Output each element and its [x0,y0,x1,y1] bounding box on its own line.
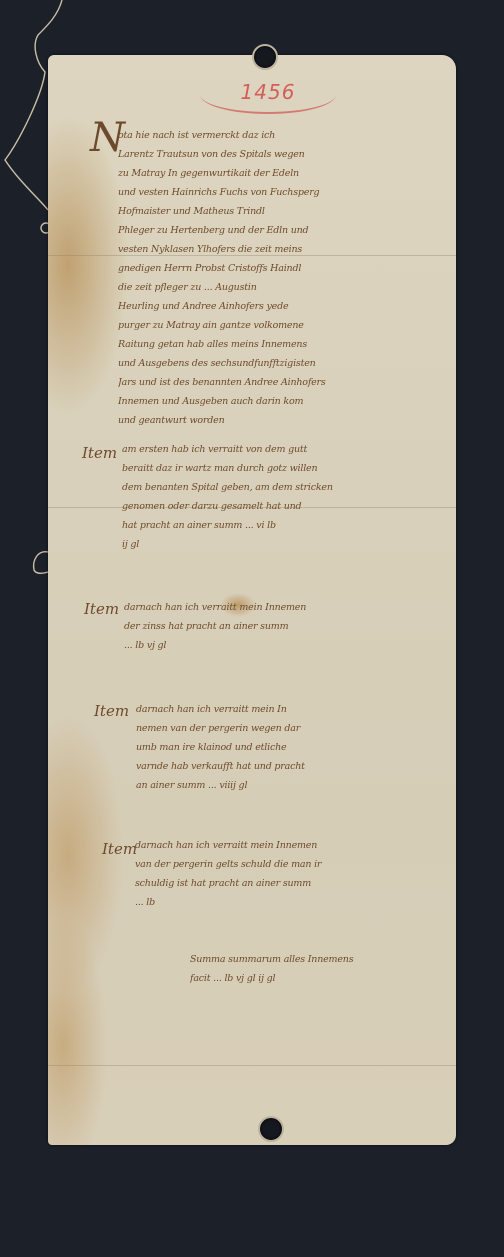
preamble-line: purger zu Matray ain gantze volkomene [118,316,418,335]
entry-line: umb man ire klainod und etliche [136,738,436,757]
preamble-line: Heurling und Andree Ainhofers yede [118,297,418,316]
binding-string-loop [10,500,50,580]
entry-line: hat pracht an ainer summ ... vi lb [122,516,422,535]
preamble-line: Innemen und Ausgeben auch darin kom [118,392,418,411]
entry-line: darnach han ich verraitt mein Innemen [124,598,424,617]
preamble-line: Raitung getan hab alles meins Innemens [118,335,418,354]
entry-line: genomen oder darzu gesamelt hat und [122,497,422,516]
preamble-line: und geantwurt worden [118,411,418,430]
binding-hole-bottom [258,1116,284,1142]
entry-2: darnach han ich verraitt mein Innemen de… [124,598,424,655]
preamble-line: Larentz Trautsun von des Spitals wegen [118,145,418,164]
summary-line: facit ... lb vj gl ij gl [190,969,430,988]
preamble-line: Jars und ist des benannten Andree Ainhof… [118,373,418,392]
entry-line: am ersten hab ich verraitt von dem gutt [122,440,422,459]
preamble-line: und Ausgebens des sechsundfunfftzigisten [118,354,418,373]
item-marker: Item [84,600,119,618]
item-marker: Item [102,840,137,858]
preamble-line: und vesten Hainrichs Fuchs von Fuchsperg [118,183,418,202]
entry-line: darnach han ich verraitt mein Innemen [135,836,430,855]
entry-line: darnach han ich verraitt mein In [136,700,436,719]
entry-line: ... lb vj gl [124,636,424,655]
item-marker: Item [82,444,117,462]
fold-line [48,1065,456,1066]
entry-line: beraitt daz ir wartz man durch gotz will… [122,459,422,478]
preamble-line: die zeit pfleger zu ... Augustin [118,278,418,297]
entry-line: nemen van der pergerin wegen dar [136,719,436,738]
preamble-text: ota hie nach ist vermerckt daz ich Laren… [118,126,418,430]
entry-line: varnde hab verkaufft hat und pracht [136,757,436,776]
entry-1: am ersten hab ich verraitt von dem gutt … [122,440,422,554]
preamble-line: zu Matray In gegenwurtikait der Edeln [118,164,418,183]
item-marker: Item [94,702,129,720]
preamble-line: Phleger zu Hertenberg und der Edln und [118,221,418,240]
preamble-line: gnedigen Herrn Probst Cristoffs Haindl [118,259,418,278]
entry-line: van der pergerin gelts schuld die man ir [135,855,430,874]
preamble-line: Hofmaister und Matheus Trindl [118,202,418,221]
preamble-line: ota hie nach ist vermerckt daz ich [118,126,418,145]
entry-3: darnach han ich verraitt mein In nemen v… [136,700,436,795]
entry-line: an ainer summ ... viiij gl [136,776,436,795]
summary-total: Summa summarum alles Innemens facit ... … [190,950,430,988]
preamble-line: vesten Nyklasen Ylhofers die zeit meins [118,240,418,259]
entry-line: der zinss hat pracht an ainer summ [124,617,424,636]
entry-line: ... lb [135,893,430,912]
summary-line: Summa summarum alles Innemens [190,950,430,969]
binding-hole-top [252,44,278,70]
entry-line: ij gl [122,535,422,554]
entry-4: darnach han ich verraitt mein Innemen va… [135,836,430,912]
entry-line: dem benanten Spital geben, am dem strick… [122,478,422,497]
entry-line: schuldig ist hat pracht an ainer summ [135,874,430,893]
